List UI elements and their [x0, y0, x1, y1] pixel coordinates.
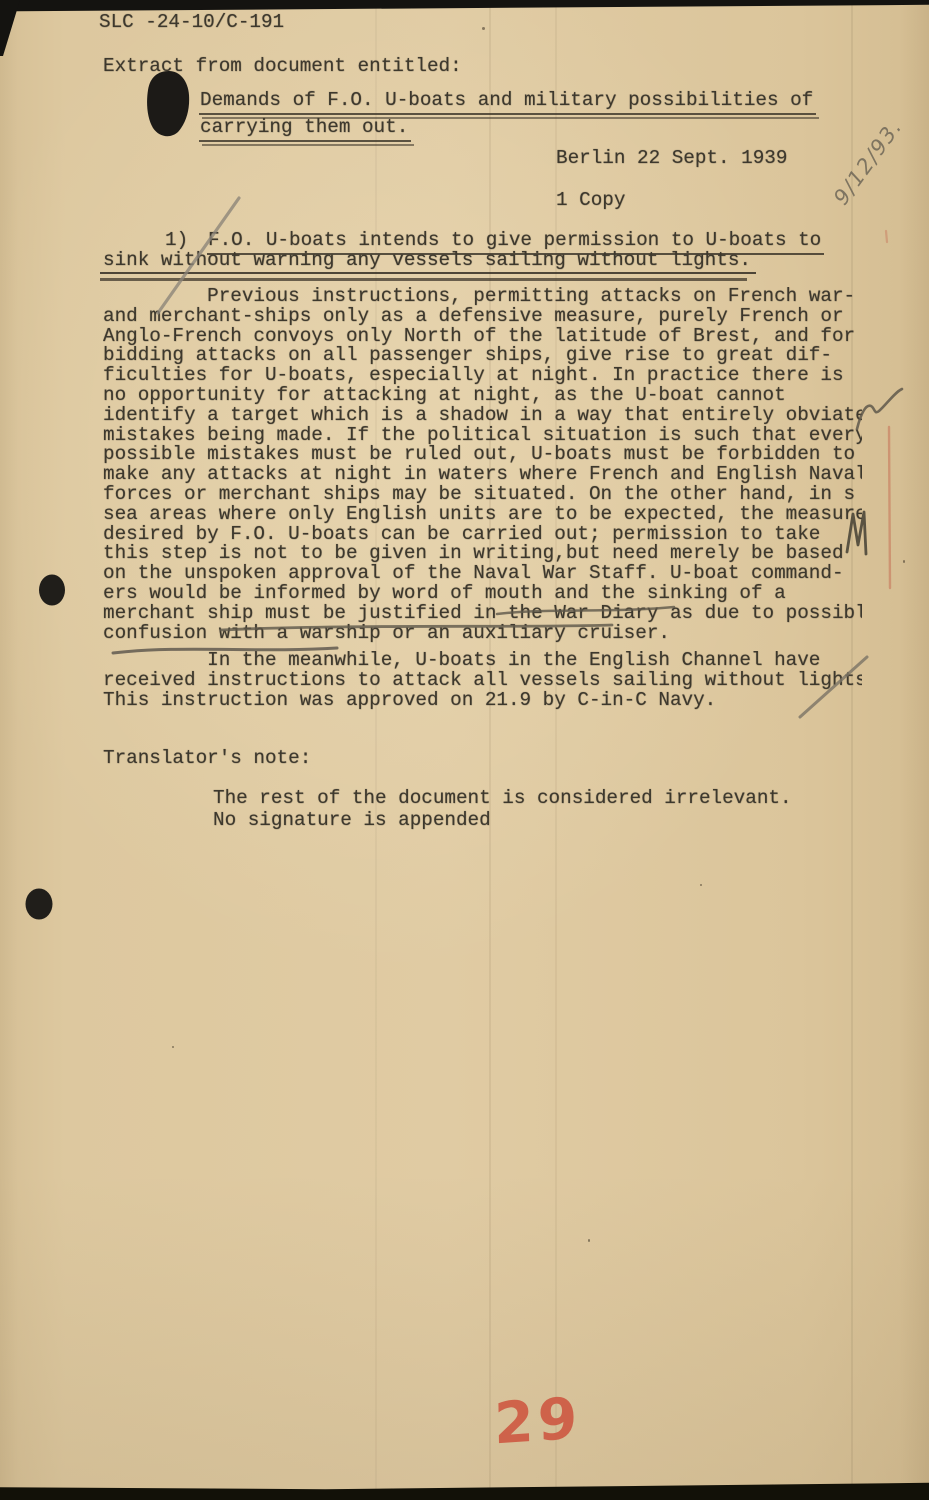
red-margin-tick	[886, 231, 887, 242]
section-heading-text1: F.O. U-boats intends to give permission …	[208, 231, 821, 251]
paper-crease	[555, 0, 557, 1500]
paper-speck	[482, 27, 485, 30]
translator-note-label: Translator's note:	[103, 749, 311, 769]
paper-speck	[700, 884, 702, 886]
paper-crease	[851, 0, 853, 1500]
document-title-line1: Demands of F.O. U-boats and military pos…	[200, 91, 813, 111]
photo-edge-bottom	[0, 1480, 929, 1500]
ink-blot	[147, 71, 189, 136]
paper-crease	[489, 0, 491, 1500]
paper-speck	[903, 560, 905, 563]
paper-speck	[172, 1046, 174, 1048]
section-heading-line1: F.O. U-boats intends to give permission …	[208, 231, 821, 251]
photo-edge-top	[0, 0, 929, 12]
dateline: Berlin 22 Sept. 1939	[556, 149, 787, 169]
reference-number: SLC -24-10/C-191	[99, 13, 284, 33]
body-paragraph-2: In the meanwhile, U-boats in the English…	[103, 651, 862, 713]
section-heading-line2: sink without warning any vessels sailing…	[103, 251, 751, 271]
hole-punch-1	[39, 575, 65, 606]
pencil-checkmark	[857, 389, 902, 429]
paper-shading	[0, 0, 18, 1500]
copy-count: 1 Copy	[556, 191, 625, 211]
body-paragraph-1: Previous instructions, permitting attack…	[103, 287, 862, 645]
document-title-line2: carrying them out.	[200, 118, 408, 138]
hole-punch-2	[26, 889, 53, 920]
paper-shading	[899, 0, 929, 1500]
paper-crease	[375, 0, 377, 1500]
translator-note-line1: The rest of the document is considered i…	[213, 789, 792, 809]
document-page: SLC -24-10/C-191 Extract from document e…	[0, 0, 929, 1500]
page-number-handwritten: 29	[494, 1384, 595, 1457]
translator-note-line2: No signature is appended	[213, 811, 491, 831]
section-heading-text2: sink without warning any vessels sailing…	[103, 251, 751, 271]
extract-label: Extract from document entitled:	[103, 57, 462, 77]
paper-speck	[588, 1239, 590, 1242]
document-title-text2: carrying them out.	[200, 118, 408, 138]
section-number: 1)	[165, 231, 188, 251]
red-margin-line	[889, 427, 890, 588]
document-title-text1: Demands of F.O. U-boats and military pos…	[200, 91, 813, 111]
